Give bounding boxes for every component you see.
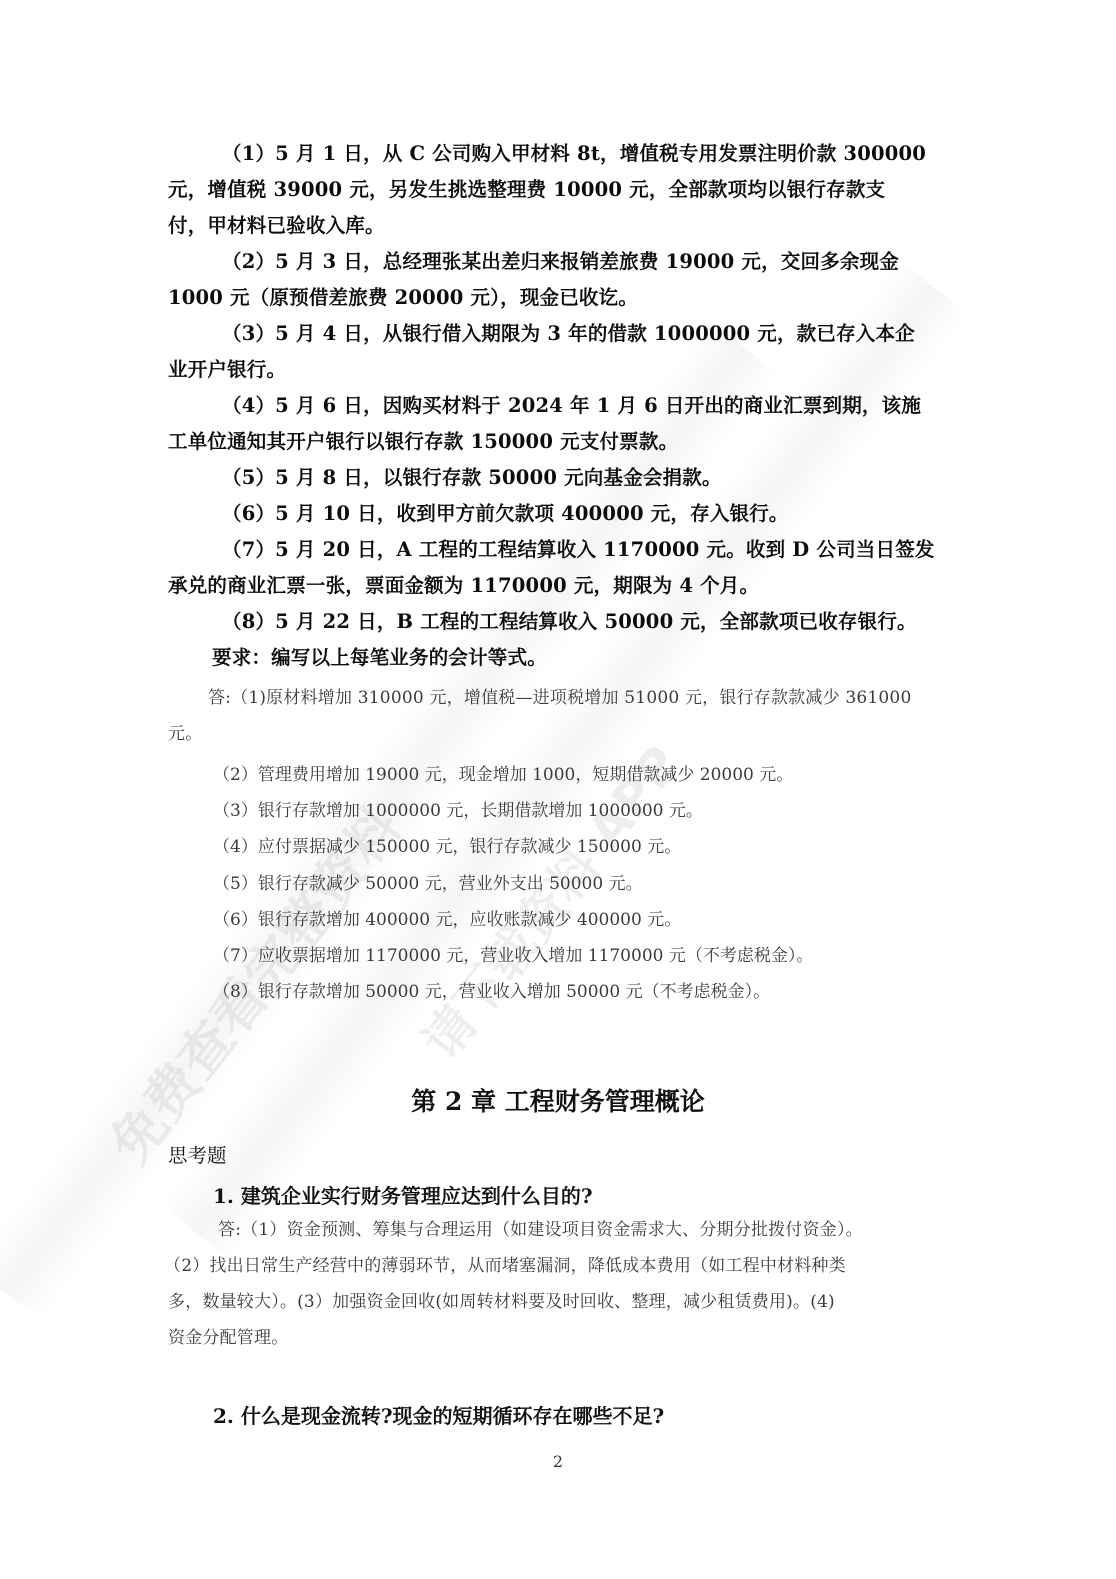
question-2-title: 2. 什么是现金流转?现金的短期循环存在哪些不足? (213, 1400, 664, 1429)
problem-line: （4）5 月 6 日，因购买材料于 2024 年 1 月 6 日开出的商业汇票到… (168, 388, 948, 424)
answer-item-7: （7）应收票据增加 1170000 元，营业收入增加 1170000 元（不考虑… (213, 941, 813, 966)
problem-line: 工单位通知其开户银行以银行存款 150000 元支付票款。 (168, 424, 948, 460)
problem-line: （3）5 月 4 日，从银行借入期限为 3 年的借款 1000000 元，款已存… (168, 316, 948, 352)
problem-3: （3）5 月 4 日，从银行借入期限为 3 年的借款 1000000 元，款已存… (168, 316, 948, 388)
problem-1: （1）5 月 1 日，从 C 公司购入甲材料 8t，增值税专用发票注明价款 30… (168, 136, 948, 244)
answer-item-3: （3）银行存款增加 1000000 元，长期借款增加 1000000 元。 (213, 796, 703, 821)
problem-line: 元，增值税 39000 元，另发生挑选整理费 10000 元，全部款项均以银行存… (168, 172, 948, 208)
problem-8: （8）5 月 22 日，B 工程的工程结算收入 50000 元，全部款项已收存银… (168, 604, 948, 640)
problem-4: （4）5 月 6 日，因购买材料于 2024 年 1 月 6 日开出的商业汇票到… (168, 388, 948, 460)
problem-line: （7）5 月 20 日，A 工程的工程结算收入 1170000 元。收到 D 公… (168, 532, 948, 568)
requirement: 要求：编写以上每笔业务的会计等式。 (168, 640, 948, 676)
question-1-answer: 答:（1）资金预测、筹集与合理运用（如建设项目资金需求大、分期分批拨付资金）。 … (168, 1212, 948, 1356)
problem-5: （5）5 月 8 日，以银行存款 50000 元向基金会捐款。 (168, 460, 948, 496)
answer-item-8: （8）银行存款增加 50000 元，营业收入增加 50000 元（不考虑税金）。 (213, 977, 770, 1002)
problem-line: （5）5 月 8 日，以银行存款 50000 元向基金会捐款。 (168, 460, 948, 496)
answer-line: 元。 (168, 716, 948, 752)
document-page: 免费查看完整资料 请下载资料 APP （1）5 月 1 日，从 C 公司购入甲材… (0, 0, 1116, 1579)
answer-1: 答:（1)原材料增加 310000 元，增值税—进项税增加 51000 元，银行… (168, 680, 948, 752)
problem-line: （8）5 月 22 日，B 工程的工程结算收入 50000 元，全部款项已收存银… (168, 604, 948, 640)
answer-line: 多，数量较大）。(3）加强资金回收(如周转材料要及时回收、整理，减少租赁费用)。… (168, 1284, 948, 1320)
answer-item-5: （5）银行存款减少 50000 元，营业外支出 50000 元。 (213, 869, 643, 894)
answer-line: 答:（1)原材料增加 310000 元，增值税—进项税增加 51000 元，银行… (168, 680, 948, 716)
problem-7: （7）5 月 20 日，A 工程的工程结算收入 1170000 元。收到 D 公… (168, 532, 948, 604)
answer-item-2: （2）管理费用增加 19000 元，现金增加 1000，短期借款减少 20000… (213, 760, 793, 785)
problem-line: 1000 元（原预借差旅费 20000 元），现金已收讫。 (168, 280, 948, 316)
problem-line: （1）5 月 1 日，从 C 公司购入甲材料 8t，增值税专用发票注明价款 30… (168, 136, 948, 172)
answer-item-6: （6）银行存款增加 400000 元，应收账款减少 400000 元。 (213, 905, 681, 930)
answer-line: 答:（1）资金预测、筹集与合理运用（如建设项目资金需求大、分期分批拨付资金）。 (168, 1212, 948, 1248)
problem-2: （2）5 月 3 日，总经理张某出差归来报销差旅费 19000 元，交回多余现金… (168, 244, 948, 316)
answer-line: 资金分配管理。 (168, 1320, 948, 1356)
problem-line: 付，甲材料已验收入库。 (168, 208, 948, 244)
section-title: 思考题 (168, 1140, 227, 1168)
problem-6: （6）5 月 10 日，收到甲方前欠款项 400000 元，存入银行。 (168, 496, 948, 532)
answer-item-4: （4）应付票据减少 150000 元，银行存款减少 150000 元。 (213, 832, 681, 857)
answer-line: （2）找出日常生产经营中的薄弱环节，从而堵塞漏洞，降低成本费用（如工程中材料种类 (164, 1248, 948, 1284)
problem-line: 承兑的商业汇票一张，票面金额为 1170000 元，期限为 4 个月。 (168, 568, 948, 604)
requirement-text: 要求：编写以上每笔业务的会计等式。 (168, 640, 948, 676)
chapter-title: 第 2 章 工程财务管理概论 (0, 1082, 1116, 1118)
question-1-title: 1. 建筑企业实行财务管理应达到什么目的? (213, 1180, 593, 1209)
problem-line: （6）5 月 10 日，收到甲方前欠款项 400000 元，存入银行。 (168, 496, 948, 532)
problem-line: （2）5 月 3 日，总经理张某出差归来报销差旅费 19000 元，交回多余现金 (168, 244, 948, 280)
problem-line: 业开户银行。 (168, 352, 948, 388)
page-number: 2 (0, 1452, 1116, 1471)
